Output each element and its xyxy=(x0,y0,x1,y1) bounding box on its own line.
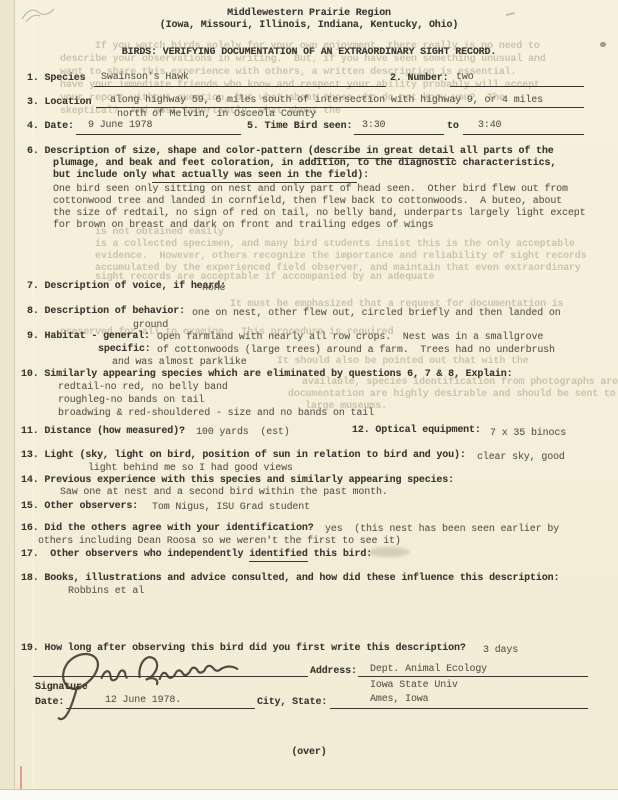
date-underline xyxy=(76,134,241,135)
q8-label: 8. Description of behavior: xyxy=(27,306,185,317)
q12-label: 12. Optical equipment: xyxy=(352,425,481,436)
q6-answer-line: for brown on breast and dark on front an… xyxy=(53,220,433,231)
q5-to-word: to xyxy=(447,121,459,132)
location-underline xyxy=(96,107,584,108)
bleedthrough-text: It should also be pointed out that with … xyxy=(277,356,529,367)
q19-answer: 3 days xyxy=(483,645,518,656)
q12-answer: 7 x 35 binocs xyxy=(490,428,566,439)
address-underline xyxy=(358,676,588,677)
q17-label-part: this bird: xyxy=(308,549,372,560)
q6-label-part: ): xyxy=(357,170,369,181)
q17-label: 17. Other observers who independently id… xyxy=(21,549,372,560)
paper-crease-light xyxy=(33,0,34,790)
q6-label-line2: plumage, and beak and feet coloration, i… xyxy=(53,158,556,169)
q9-specific-answer-cont: and was almost parklike xyxy=(112,357,247,368)
q4-answer: 9 June 1978 xyxy=(88,120,152,131)
q16-label: 16. Did the others agree with your ident… xyxy=(21,523,314,534)
q17-underlined-word: identified xyxy=(249,549,308,562)
q17-label-part: 17. Other observers who independently xyxy=(21,549,249,560)
q8-answer-line1: one on nest, other flew out, circled bri… xyxy=(192,308,561,319)
q10-item: broadwing & red-shouldered - size and no… xyxy=(58,408,374,419)
q9-specific-label: specific: xyxy=(98,344,151,355)
q9-general-answer: Open farmland with nearly all row crops.… xyxy=(157,332,543,343)
q13-answer-line2: light behind me so I had good views xyxy=(88,463,293,474)
q15-answer: Tom Nigus, ISU Grad student xyxy=(152,502,310,513)
form-title: BIRDS: VERIFYING DOCUMENTATION OF AN EXT… xyxy=(0,47,618,58)
bleedthrough-text: evidence. However, others recognize the … xyxy=(95,251,586,262)
ink-speck xyxy=(600,42,606,47)
q5-label: 5. Time Bird seen: xyxy=(247,121,352,132)
address-value-line2: Iowa State Univ xyxy=(370,680,458,691)
q16-answer-line2: others including Dean Roosa so we weren'… xyxy=(38,536,401,547)
q6-answer-line: cottonwood tree and landed in cornfield,… xyxy=(53,196,562,207)
address-value-line1: Dept. Animal Ecology xyxy=(370,664,487,675)
states-subtitle: (Iowa, Missouri, Illinois, Indiana, Kent… xyxy=(0,20,618,31)
q10-item: roughleg-no bands on tail xyxy=(58,395,204,406)
q5-time-from: 3:30 xyxy=(362,120,385,131)
q6-underlined-phrase: describe in great detail xyxy=(314,146,454,159)
q3-answer-line2: north of Melvin, in Osceola County xyxy=(117,109,316,120)
scan-background xyxy=(0,789,618,800)
q6-label-part: but include only xyxy=(53,170,152,181)
bleedthrough-text: is a collected specimen, and many bird s… xyxy=(95,239,575,250)
signature-handwriting xyxy=(50,638,269,729)
q6-answer-line: One bird seen only sitting on nest and o… xyxy=(53,184,568,195)
q3-answer-line1: along highway 59, 6 miles south of inter… xyxy=(110,95,543,106)
q15-label: 15. Other observers: xyxy=(21,501,138,512)
q18-label: 18. Books, illustrations and advice cons… xyxy=(21,573,559,584)
q14-answer: Saw one at nest and a second bird within… xyxy=(60,487,388,498)
q7-answer: none xyxy=(202,283,225,294)
q7-label: 7. Description of voice, if heard: xyxy=(27,281,226,292)
q9-specific-answer: of cottonwoods (large trees) around a fa… xyxy=(157,345,555,356)
q18-answer: Robbins et al xyxy=(68,586,144,597)
q6-label-line1: 6. Description of size, shape and color-… xyxy=(27,146,554,157)
paper-edge-strip xyxy=(0,0,14,790)
q10-label: 10. Similarly appearing species which ar… xyxy=(21,369,512,380)
q13-label: 13. Light (sky, light on bird, position … xyxy=(21,450,466,461)
number-underline xyxy=(450,86,584,87)
city-state-underline xyxy=(330,708,588,709)
species-underline xyxy=(94,86,386,87)
pink-edge-mark xyxy=(20,766,22,789)
time-from-underline xyxy=(354,134,444,135)
over-label: (over) xyxy=(0,747,618,758)
paper-crease xyxy=(14,0,15,790)
bleedthrough-text: documentation are highly desirable and s… xyxy=(288,389,618,400)
q6-label-part: all parts of the xyxy=(454,146,553,157)
q11-answer: 100 yards (est) xyxy=(196,427,290,438)
q2-label: 2. Number: xyxy=(390,73,449,84)
time-to-underline xyxy=(463,134,584,135)
pencil-scribble xyxy=(20,4,56,24)
q4-label: 4. Date: xyxy=(27,121,74,132)
q1-answer: Swainson's Hawk xyxy=(101,72,189,83)
q10-item: redtail-no red, no belly band xyxy=(58,382,228,393)
smudge-mark xyxy=(368,547,410,557)
q6-label-part: 6. Description of size, shape and color-… xyxy=(27,146,314,157)
q11-label: 11. Distance (how measured)? xyxy=(21,426,185,437)
q5-time-to: 3:40 xyxy=(478,120,501,131)
q13-answer-line1: clear sky, good xyxy=(477,452,565,463)
scanned-form-page: If you watch birds solely for your own e… xyxy=(0,0,618,800)
address-label: Address: xyxy=(310,666,357,677)
q14-label: 14. Previous experience with this specie… xyxy=(21,475,454,486)
q9-label: 9. Habitat - general: xyxy=(27,331,150,342)
q2-answer: two xyxy=(456,72,474,83)
q6-label-line3: but include only what actually was seen … xyxy=(53,170,369,181)
q6-answer-line: the size of redtail, no sign of red on t… xyxy=(53,208,585,219)
q8-answer-line2: ground xyxy=(133,320,168,331)
q6-underlined-phrase: what actually was seen in the field xyxy=(152,170,357,183)
city-state-value: Ames, Iowa xyxy=(370,694,429,705)
q16-answer-line1: yes (this nest has been seen earlier by xyxy=(325,524,559,535)
q3-label: 3. Location xyxy=(27,97,91,108)
q1-label: 1. Species xyxy=(27,73,86,84)
region-title: Middlewestern Prairie Region xyxy=(0,8,618,19)
